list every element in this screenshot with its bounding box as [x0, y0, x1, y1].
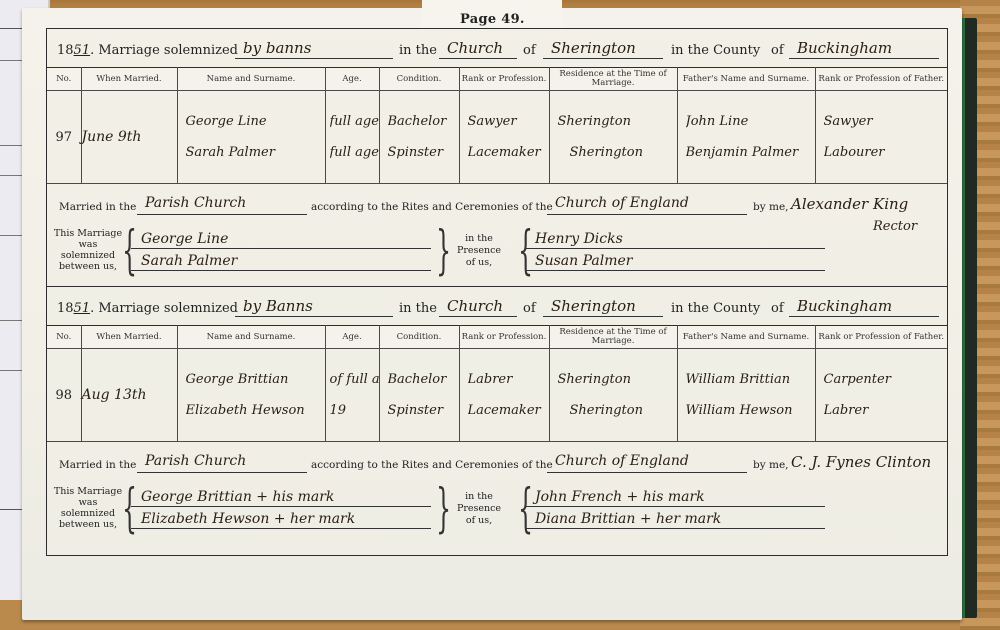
- signature-block: This Marriage was solemnized between us,…: [47, 483, 947, 545]
- marriage-entry: 1851. Marriage solemnized by banns in th…: [46, 28, 948, 287]
- father-name-cell: John LineBenjamin Palmer: [677, 91, 815, 184]
- according-to-label: according to the Rites and Ceremonies of…: [311, 201, 553, 213]
- married-in-label: Married in the: [59, 459, 136, 471]
- married-in-line: Married in the Parish Church according t…: [47, 189, 947, 219]
- header-condition: Condition.: [379, 68, 459, 91]
- right-brace: }: [436, 483, 451, 535]
- in-the-label: in the: [399, 43, 437, 58]
- header-when-married: When Married.: [81, 326, 177, 349]
- register-table: No. When Married. Name and Surname. Age.…: [47, 325, 947, 442]
- county: Buckingham: [789, 297, 939, 317]
- father-rank-cell: CarpenterLabrer: [815, 349, 947, 442]
- header-father-name: Father's Name and Surname.: [677, 68, 815, 91]
- party-signature: Sarah Palmer: [131, 253, 431, 271]
- groom-father-name: William Brittian: [686, 372, 815, 387]
- groom-name: George Brittian: [186, 372, 325, 387]
- header-age: Age.: [325, 68, 379, 91]
- register-page: Page 49. 1851. Marriage solemnized by ba…: [22, 8, 962, 620]
- header-no: No.: [47, 68, 81, 91]
- rule-line: [0, 60, 22, 61]
- bride-condition: Spinster: [388, 145, 459, 160]
- header-name: Name and Surname.: [177, 326, 325, 349]
- when-married: June 9th: [81, 91, 177, 184]
- groom-rank: Sawyer: [468, 114, 549, 129]
- header-father-rank: Rank or Profession of Father.: [815, 68, 947, 91]
- bride-name: Elizabeth Hewson: [186, 403, 325, 418]
- witness-signature: John French + his mark: [525, 489, 825, 507]
- of-label: of: [523, 301, 536, 316]
- header-rank: Rank or Profession.: [459, 326, 549, 349]
- witness-signature: Susan Palmer: [525, 253, 825, 271]
- in-the-county-label: in the County: [671, 301, 760, 316]
- marriage-entry: 1851. Marriage solemnized by Banns in th…: [46, 286, 948, 556]
- groom-age: of full age: [330, 372, 379, 387]
- rank-cell: LabrerLacemaker: [459, 349, 549, 442]
- rule-line: [0, 235, 22, 236]
- father-rank-cell: SawyerLabourer: [815, 91, 947, 184]
- county: Buckingham: [789, 39, 939, 59]
- bride-rank: Lacemaker: [468, 403, 549, 418]
- residence-cell: SheringtonSherington: [549, 349, 677, 442]
- header-father-name: Father's Name and Surname.: [677, 326, 815, 349]
- when-married: Aug 13th: [81, 349, 177, 442]
- header-residence: Residence at the Time of Marriage.: [549, 326, 677, 349]
- building: Church: [439, 39, 517, 59]
- father-name-cell: William BrittianWilliam Hewson: [677, 349, 815, 442]
- previous-page-frame: [0, 28, 23, 510]
- groom-father-name: John Line: [686, 114, 815, 129]
- table-row: 98 Aug 13th George BrittianElizabeth Hew…: [47, 349, 947, 442]
- bride-father-name: William Hewson: [686, 403, 815, 418]
- right-brace: }: [436, 225, 451, 277]
- rule-line: [0, 145, 22, 146]
- bride-residence: Sherington: [558, 403, 677, 418]
- groom-father-rank: Carpenter: [824, 372, 948, 387]
- entry-number: 98: [47, 349, 81, 442]
- according-to-label: according to the Rites and Ceremonies of…: [311, 459, 553, 471]
- bride-residence: Sherington: [558, 145, 677, 160]
- rites-of: Church of England: [547, 453, 747, 473]
- header-row: No. When Married. Name and Surname. Age.…: [47, 326, 947, 349]
- bride-age: 19: [330, 403, 379, 418]
- entry-title-line: 1851. Marriage solemnized by Banns in th…: [47, 287, 947, 325]
- rites-of: Church of England: [547, 195, 747, 215]
- header-no: No.: [47, 326, 81, 349]
- residence-cell: SheringtonSherington: [549, 91, 677, 184]
- header-father-rank: Rank or Profession of Father.: [815, 326, 947, 349]
- header-residence: Residence at the Time of Marriage.: [549, 68, 677, 91]
- names-cell: George BrittianElizabeth Hewson: [177, 349, 325, 442]
- header-name: Name and Surname.: [177, 68, 325, 91]
- condition-cell: BachelorSpinster: [379, 349, 459, 442]
- groom-name: George Line: [186, 114, 325, 129]
- page-number: Page 49.: [460, 12, 525, 27]
- by-me-label: by me,: [753, 459, 789, 471]
- party-signature: George Brittian + his mark: [131, 489, 431, 507]
- groom-residence: Sherington: [558, 372, 677, 387]
- solemnized-by: by Banns: [235, 297, 393, 317]
- bride-rank: Lacemaker: [468, 145, 549, 160]
- party-signature: George Line: [131, 231, 431, 249]
- rank-cell: SawyerLacemaker: [459, 91, 549, 184]
- in-the-label: in the: [399, 301, 437, 316]
- witness-signature: Diana Brittian + her mark: [525, 511, 825, 529]
- register-table: No. When Married. Name and Surname. Age.…: [47, 67, 947, 184]
- presence-label: in the Presence of us,: [451, 233, 507, 269]
- bride-name: Sarah Palmer: [186, 145, 325, 160]
- groom-residence: Sherington: [558, 114, 677, 129]
- building: Church: [439, 297, 517, 317]
- married-in-place: Parish Church: [137, 195, 307, 215]
- groom-age: full age: [330, 114, 379, 129]
- of-label: of: [523, 43, 536, 58]
- groom-rank: Labrer: [468, 372, 549, 387]
- rule-line: [0, 370, 22, 371]
- parish: Sherington: [543, 297, 663, 317]
- header-condition: Condition.: [379, 326, 459, 349]
- witness-signature: Henry Dicks: [525, 231, 825, 249]
- bride-father-rank: Labourer: [824, 145, 948, 160]
- bride-father-name: Benjamin Palmer: [686, 145, 815, 160]
- by-me-label: by me,: [753, 201, 789, 213]
- bride-age: full age: [330, 145, 379, 160]
- header-age: Age.: [325, 326, 379, 349]
- entry-title-line: 1851. Marriage solemnized by banns in th…: [47, 29, 947, 67]
- header-row: No. When Married. Name and Surname. Age.…: [47, 68, 947, 91]
- groom-condition: Bachelor: [388, 114, 459, 129]
- county-of-label: of: [771, 43, 784, 58]
- header-when-married: When Married.: [81, 68, 177, 91]
- names-cell: George LineSarah Palmer: [177, 91, 325, 184]
- in-the-county-label: in the County: [671, 43, 760, 58]
- this-marriage-label: This Marriage was solemnized between us,: [53, 487, 123, 531]
- presence-label: in the Presence of us,: [451, 491, 507, 527]
- minister-signature: Alexander King: [791, 195, 908, 213]
- header-rank: Rank or Profession.: [459, 68, 549, 91]
- married-in-place: Parish Church: [137, 453, 307, 473]
- year-label: 1851. Marriage solemnized: [57, 301, 238, 316]
- solemnized-by: by banns: [235, 39, 393, 59]
- groom-father-rank: Sawyer: [824, 114, 948, 129]
- this-marriage-label: This Marriage was solemnized between us,: [53, 229, 123, 273]
- condition-cell: BachelorSpinster: [379, 91, 459, 184]
- bride-father-rank: Labrer: [824, 403, 948, 418]
- minister-signature: C. J. Fynes Clinton: [791, 453, 931, 471]
- year-label: 1851. Marriage solemnized: [57, 43, 238, 58]
- county-of-label: of: [771, 301, 784, 316]
- rule-line: [0, 175, 22, 176]
- signature-block: This Marriage was solemnized between us,…: [47, 225, 947, 287]
- rule-line: [0, 320, 22, 321]
- married-in-label: Married in the: [59, 201, 136, 213]
- married-in-line: Married in the Parish Church according t…: [47, 447, 947, 477]
- parish: Sherington: [543, 39, 663, 59]
- party-signature: Elizabeth Hewson + her mark: [131, 511, 431, 529]
- ages-cell: full agefull age: [325, 91, 379, 184]
- table-row: 97 June 9th George LineSarah Palmer full…: [47, 91, 947, 184]
- groom-condition: Bachelor: [388, 372, 459, 387]
- bride-condition: Spinster: [388, 403, 459, 418]
- entry-number: 97: [47, 91, 81, 184]
- ages-cell: of full age19: [325, 349, 379, 442]
